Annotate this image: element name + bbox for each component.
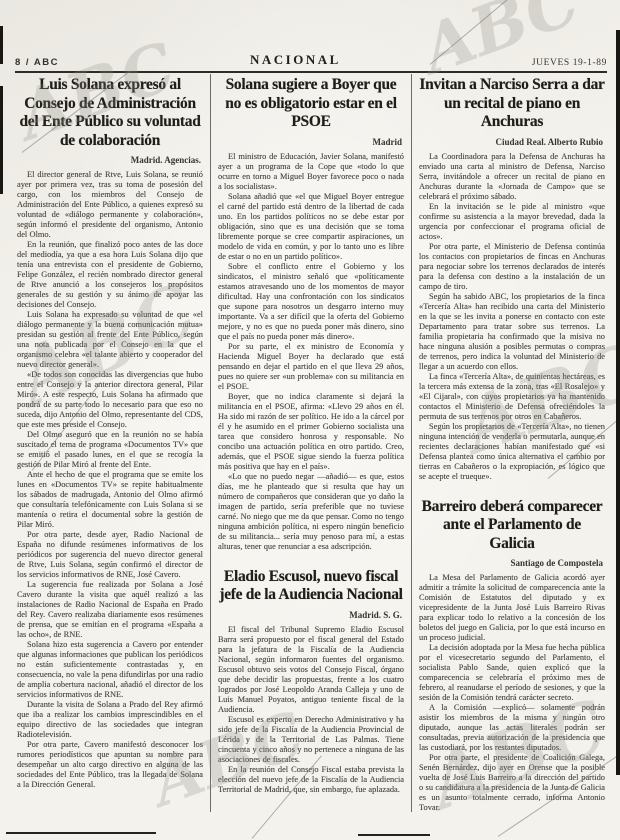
article-paragraph: Escusol es experto en Derecho Administra… xyxy=(218,715,404,765)
article-paragraph: «De todos son conocidas las divergencias… xyxy=(17,370,203,430)
article-paragraph: A la Comisión —explicó— solamente podrán… xyxy=(419,703,605,753)
article-paragraph: El director general de Rtve, Luis Solana… xyxy=(17,170,203,240)
article-paragraph: Boyer, que no indica claramente si dejar… xyxy=(218,392,404,472)
article-body: La Coordinadora para la Defensa de Anchu… xyxy=(419,152,605,482)
article-luis-solana-consejo: Luis Solana expresó al Consejo de Admini… xyxy=(17,76,203,790)
article-body: El ministro de Educación, Javier Solana,… xyxy=(218,152,404,552)
article-dateline: Santiago de Compostela xyxy=(419,558,603,568)
article-paragraph: Luis Solana ha expresado su voluntad de … xyxy=(17,310,203,370)
article-paragraph: Por otra parte, Cavero manifestó descono… xyxy=(17,740,203,790)
article-paragraph: Sobre el conflicto entre el Gobierno y l… xyxy=(218,262,404,342)
article-paragraph: Por otra parte, el Ministerio de Defensa… xyxy=(419,242,605,292)
article-headline: Barreiro deberá comparecer ante el Parla… xyxy=(419,498,605,554)
bottom-rule-fragment xyxy=(6,832,156,834)
article-paragraph: Por su parte, el ex ministro de Economía… xyxy=(218,342,404,392)
issue-date: JUEVES 19-1-89 xyxy=(532,58,607,68)
article-paragraph: En la reunión del Consejo Fiscal estaba … xyxy=(218,765,404,795)
scan-edge-mark xyxy=(616,30,620,775)
article-paragraph: Ante el hecho de que el programa que se … xyxy=(17,470,203,530)
article-body: La Mesa del Parlamento de Galicia acordó… xyxy=(419,573,605,813)
article-paragraph: Del Olmo aseguró que en la reunión no se… xyxy=(17,430,203,470)
column-3: Invitan a Narciso Serra a dar un recital… xyxy=(411,74,607,812)
article-body: El fiscal del Tribunal Supremo Eladio Es… xyxy=(218,625,404,795)
article-barreiro-parlamento: Barreiro deberá comparecer ante el Parla… xyxy=(419,498,605,814)
article-paragraph: El fiscal del Tribunal Supremo Eladio Es… xyxy=(218,625,404,715)
article-headline: Eladio Escusol, nuevo fiscal jefe de la … xyxy=(218,568,404,605)
page-header: 8 / ABC NACIONAL JUEVES 19-1-89 xyxy=(15,52,607,73)
article-headline: Luis Solana expresó al Consejo de Admini… xyxy=(17,76,203,150)
article-paragraph: La finca «Tercería Alta», de quinientas … xyxy=(419,372,605,422)
article-paragraph: La Coordinadora para la Defensa de Anchu… xyxy=(419,152,605,202)
article-paragraph: Solana hizo esta sugerencia a Cavero por… xyxy=(17,640,203,700)
article-headline: Invitan a Narciso Serra a dar un recital… xyxy=(419,76,605,132)
column-1: Luis Solana expresó al Consejo de Admini… xyxy=(15,74,210,812)
article-eladio-escusol: Eladio Escusol, nuevo fiscal jefe de la … xyxy=(218,568,404,795)
scan-edge-mark xyxy=(0,86,3,194)
article-dateline: Madrid xyxy=(218,137,402,147)
columns-container: Luis Solana expresó al Consejo de Admini… xyxy=(15,74,607,812)
article-dateline: Madrid. Agencias. xyxy=(17,155,201,165)
column-2: Solana sugiere a Boyer que no es obligat… xyxy=(210,74,411,812)
article-solana-boyer: Solana sugiere a Boyer que no es obligat… xyxy=(218,76,404,552)
newspaper-page: 8 / ABC NACIONAL JUEVES 19-1-89 Luis Sol… xyxy=(0,0,620,840)
article-paragraph: Solana añadió que «el que Miguel Boyer e… xyxy=(218,192,404,262)
bottom-rule-fragment xyxy=(358,834,430,836)
page-number-label: 8 / ABC xyxy=(15,57,59,68)
article-paragraph: Según ha sabido ABC, los propietarios de… xyxy=(419,292,605,372)
article-paragraph: En la reunión, que finalizó poco antes d… xyxy=(17,240,203,310)
section-title: NACIONAL xyxy=(250,52,341,68)
article-headline: Solana sugiere a Boyer que no es obligat… xyxy=(218,76,404,132)
article-paragraph: En la invitación se le pide al ministro … xyxy=(419,202,605,242)
article-paragraph: La decisión adoptada por la Mesa fue hec… xyxy=(419,643,605,703)
article-paragraph: Según los propietarios de «Tercería Alta… xyxy=(419,422,605,482)
article-paragraph: El ministro de Educación, Javier Solana,… xyxy=(218,152,404,192)
article-narciso-serra: Invitan a Narciso Serra a dar un recital… xyxy=(419,76,605,482)
article-paragraph: La sugerencia fue realizada por Solana a… xyxy=(17,580,203,640)
article-dateline: Ciudad Real. Alberto Rubio xyxy=(419,137,603,147)
article-paragraph: La Mesa del Parlamento de Galicia acordó… xyxy=(419,573,605,643)
article-body: El director general de Rtve, Luis Solana… xyxy=(17,170,203,790)
article-paragraph: Por otra parte, desde ayer, Radio Nacion… xyxy=(17,530,203,580)
article-paragraph: Durante la visita de Solana a Prado del … xyxy=(17,700,203,740)
article-dateline: Madrid. S. G. xyxy=(218,610,402,620)
article-paragraph: «Lo que no puedo negar —añadió— es que, … xyxy=(218,472,404,552)
scan-edge-mark xyxy=(0,26,3,64)
